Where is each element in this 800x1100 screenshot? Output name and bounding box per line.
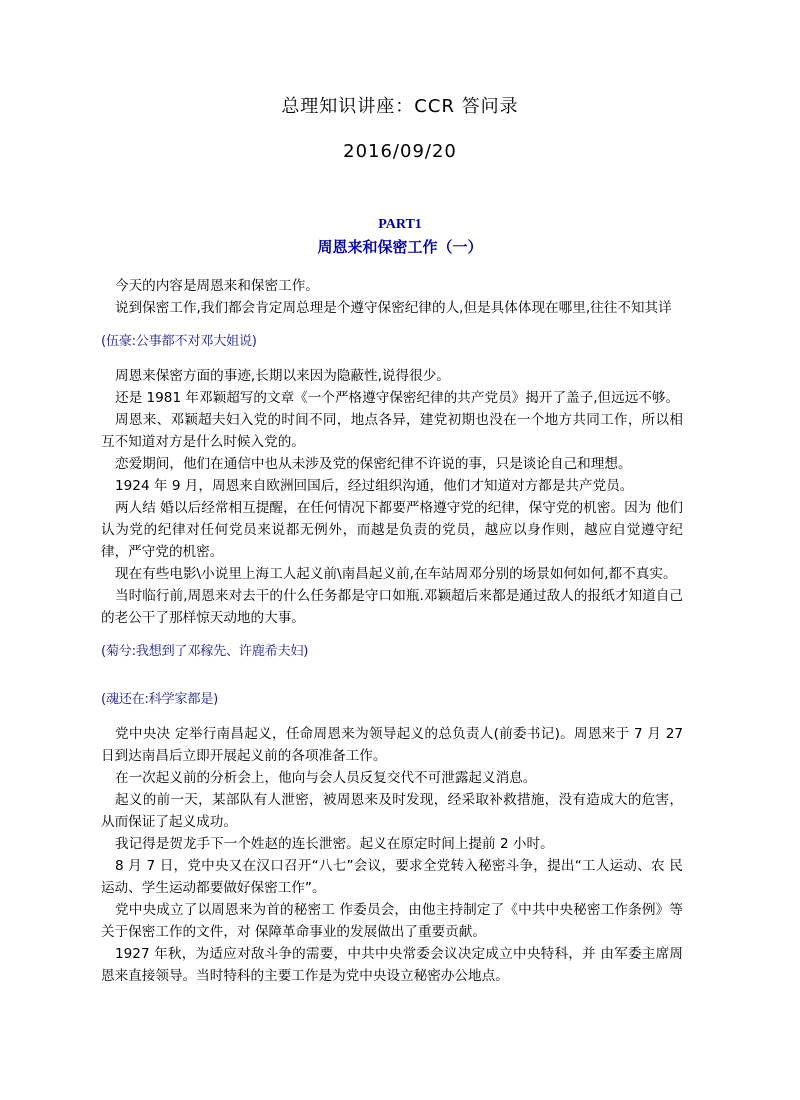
- paragraph: 1927 年秋，为适应对敌斗争的需要，中共中央常委会议决定成立中央特科，并 由军…: [101, 943, 683, 987]
- paragraph: 两人结 婚以后经常相互提醒，在任何情况下都要严格遵守党的纪律，保守党的机密。因为…: [101, 497, 683, 563]
- paragraph: 我记得是贺龙手下一个姓赵的连长泄密。起义在原定时间上提前 2 小时。: [101, 833, 683, 855]
- part-label: PART1: [0, 216, 800, 234]
- paragraph: 1924 年 9 月，周恩来自欧洲回国后，经过组织沟通，他们才知道对方都是共产党…: [101, 475, 683, 497]
- part-title: 周恩来和保密工作（一）: [0, 236, 800, 258]
- paragraph: 党中央成立了以周恩来为首的秘密工 作委员会，由他主持制定了《中共中央秘密工作条例…: [101, 899, 683, 943]
- document-date: 2016/09/20: [0, 140, 800, 164]
- document-title: 总理知识讲座：CCR 答问录: [0, 95, 800, 119]
- paragraph: 党中央决 定举行南昌起义，任命周恩来为领导起义的总负责人(前委书记)。周恩来于 …: [101, 723, 683, 767]
- paragraph: 说到保密工作,我们都会肯定周总理是个遵守保密纪律的人,但是具体体现在哪里,往往不…: [101, 297, 683, 319]
- paragraph: 恋爱期间，他们在通信中也从未涉及党的保密纪律不许说的事，只是谈论自己和理想。: [101, 453, 683, 475]
- paragraph: 现在有些电影\小说里上海工人起义前\南昌起义前,在车站周邓分别的场景如何如何,都…: [101, 563, 683, 585]
- paragraph: 起义的前一天，某部队有人泄密，被周恩来及时发现，经采取补救措施，没有造成大的危害…: [101, 789, 683, 833]
- paragraph: 周恩来、邓颖超夫妇入党的时间不同，地点各异，建党初期也没在一个地方共同工作，所以…: [101, 409, 683, 453]
- reader-comment: (菊兮:我想到了邓稼先、许鹿希夫妇): [101, 641, 683, 663]
- paragraph: 今天的内容是周恩来和保密工作。: [101, 275, 683, 297]
- reader-comment: (魂还在:科学家都是): [101, 689, 683, 711]
- paragraph: 周恩来保密方面的事迹,长期以来因为隐蔽性,说得很少。: [101, 365, 683, 387]
- document-page: 总理知识讲座：CCR 答问录 2016/09/20 PART1 周恩来和保密工作…: [0, 0, 800, 1100]
- paragraph: 8 月 7 日，党中央又在汉口召开“八七”会议，要求全党转入秘密斗争，提出“工人…: [101, 855, 683, 899]
- reader-comment: (伍豪:公事都不对邓大姐说): [101, 331, 683, 353]
- paragraph: 在一次起义前的分析会上，他向与会人员反复交代不可泄露起义消息。: [101, 767, 683, 789]
- document-body: 今天的内容是周恩来和保密工作。 说到保密工作,我们都会肯定周总理是个遵守保密纪律…: [101, 275, 683, 987]
- paragraph: 当时临行前,周恩来对去干的什么任务都是守口如瓶.邓颖超后来都是通过敌人的报纸才知…: [101, 585, 683, 629]
- paragraph: 还是 1981 年邓颖超写的文章《一个严格遵守保密纪律的共产党员》揭开了盖子,但…: [101, 387, 683, 409]
